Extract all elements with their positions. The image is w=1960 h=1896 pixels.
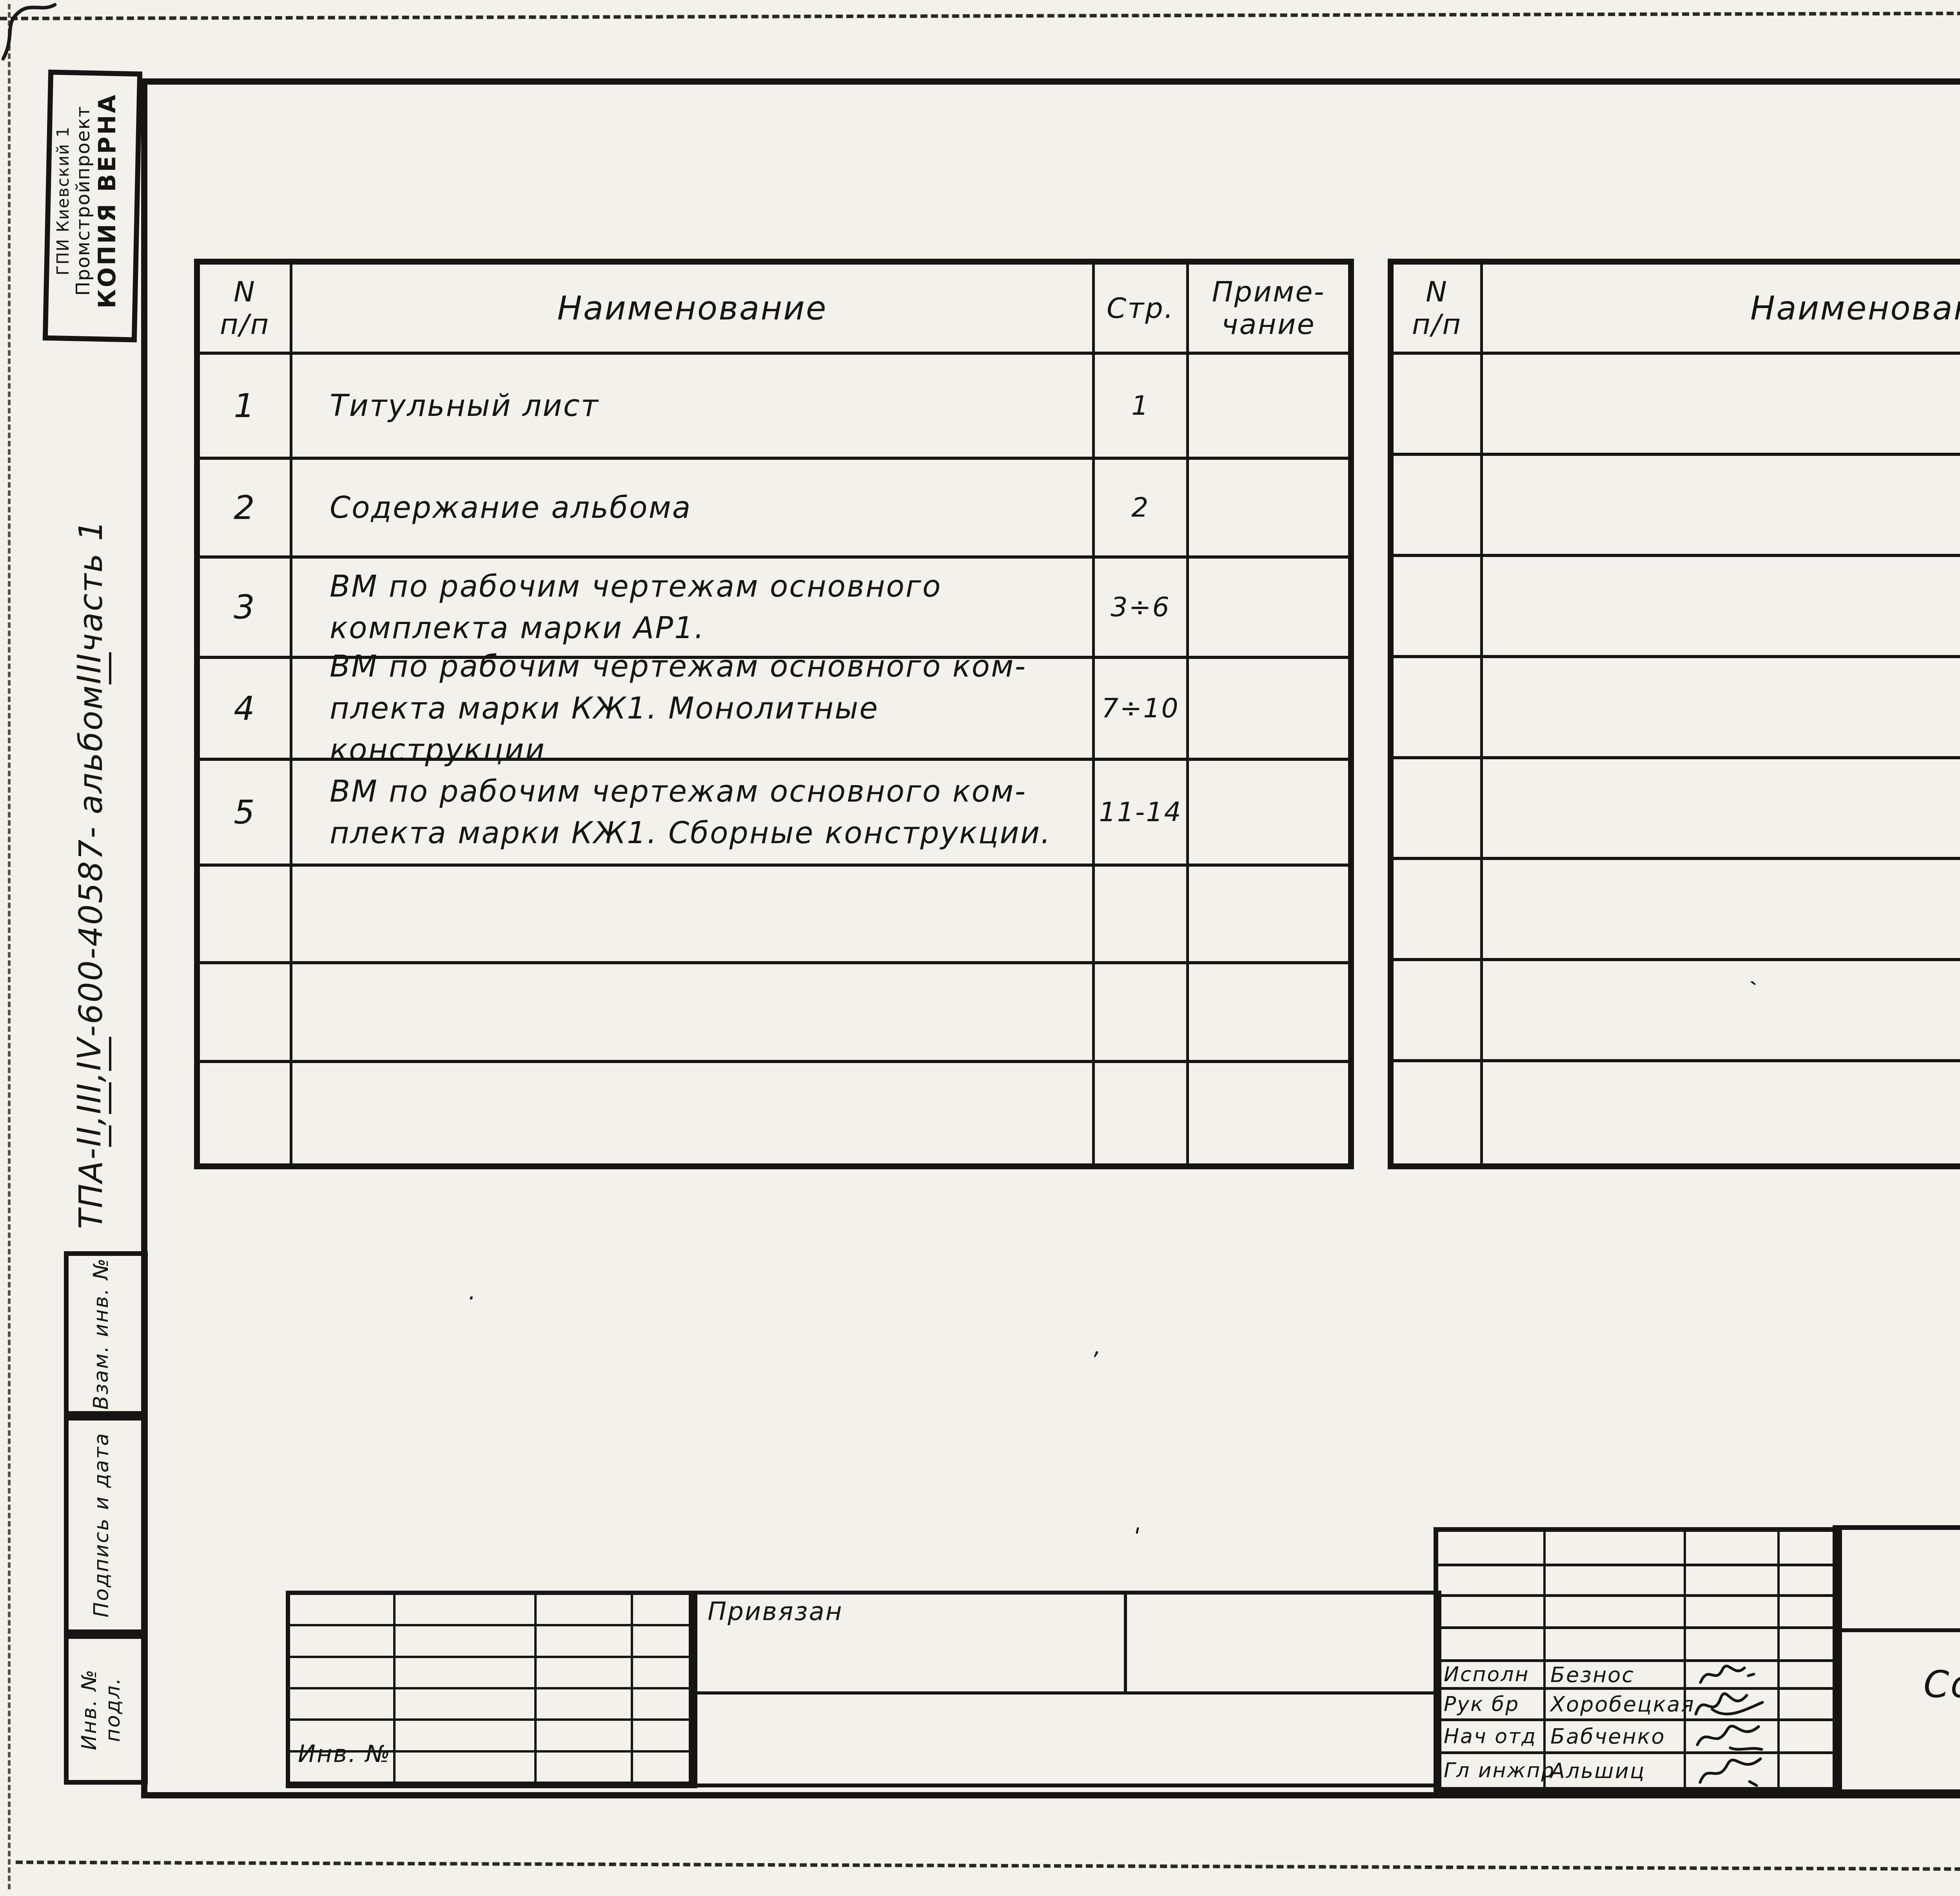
empty-cell xyxy=(1780,1690,1837,1721)
empty-cell xyxy=(1780,1754,1837,1790)
col-header-name: Наименование xyxy=(292,265,1095,355)
signature-name: Бабченко xyxy=(1546,1721,1686,1754)
empty-cell xyxy=(1189,964,1348,1063)
signature-role: Рук бр xyxy=(1438,1690,1546,1721)
empty-cell xyxy=(1546,1597,1686,1629)
gutter-label-vzam: Взам. инв. № xyxy=(78,1251,125,1416)
empty-cell xyxy=(1546,1566,1686,1597)
row-note xyxy=(1189,460,1348,559)
signature-cell xyxy=(1686,1754,1780,1790)
signature-role: Гл инжпр xyxy=(1438,1754,1546,1790)
row-name: ВМ по рабочим чертежам основного ком- пл… xyxy=(292,761,1095,867)
empty-cell xyxy=(537,1721,633,1752)
empty-cell xyxy=(292,1063,1095,1163)
empty-cell xyxy=(1394,456,1483,557)
inventory-number-label: Инв. № xyxy=(298,1740,391,1768)
empty-cell xyxy=(1095,867,1189,964)
empty-cell xyxy=(537,1753,633,1784)
sheet-title: Содержание альбома xyxy=(1837,1632,1960,1780)
empty-cell xyxy=(1189,1063,1348,1163)
stamp-org-line: ГПИ Киевский 1 xyxy=(54,126,73,276)
empty-cell xyxy=(1189,867,1348,964)
empty-cell xyxy=(1483,759,1960,860)
empty-cell xyxy=(1438,1532,1546,1566)
row-page: 2 xyxy=(1095,460,1189,559)
row-num: 2 xyxy=(200,460,292,559)
gutter-label-podpis: Подпись и дата xyxy=(78,1416,125,1634)
stray-mark: , xyxy=(1094,1333,1101,1360)
empty-cell xyxy=(1394,355,1483,456)
empty-cell xyxy=(1686,1597,1780,1629)
signature-scribble xyxy=(1695,1754,1769,1787)
row-name: Титульный лист xyxy=(292,355,1095,460)
binding-box-divider-h xyxy=(693,1691,1437,1695)
empty-cell xyxy=(1780,1597,1837,1629)
empty-cell xyxy=(1095,964,1189,1063)
scanned-drawing-sheet: 2 ГПИ Киевский 1 Промстройпроект КОПИЯ В… xyxy=(0,0,1960,1896)
row-num: 4 xyxy=(200,659,292,761)
empty-cell xyxy=(1780,1532,1837,1566)
empty-cell xyxy=(1483,1062,1960,1163)
row-num: 3 xyxy=(200,559,292,659)
signature-cell xyxy=(1686,1721,1780,1754)
empty-cell xyxy=(537,1626,633,1658)
empty-cell xyxy=(1483,860,1960,961)
empty-cell xyxy=(1394,759,1483,860)
empty-cell xyxy=(396,1595,537,1626)
empty-cell xyxy=(290,1658,396,1689)
empty-cell xyxy=(537,1658,633,1689)
col-header-num: N п/п xyxy=(1394,265,1483,355)
side-document-designation: ТПА-II,III,IV-600-40587 - альбом III час… xyxy=(65,384,116,1364)
empty-cell xyxy=(633,1626,693,1658)
empty-cell xyxy=(396,1753,537,1784)
empty-cell xyxy=(1394,961,1483,1062)
empty-cell xyxy=(1483,961,1960,1062)
row-num: 1 xyxy=(200,355,292,460)
signature-name: Хоробецкая xyxy=(1546,1690,1686,1721)
row-note xyxy=(1189,355,1348,460)
empty-cell xyxy=(1686,1532,1780,1566)
empty-cell xyxy=(1394,860,1483,961)
stray-mark: . xyxy=(468,1278,476,1305)
empty-cell xyxy=(633,1753,693,1784)
empty-cell xyxy=(633,1595,693,1626)
empty-cell xyxy=(1483,456,1960,557)
row-page: 11-14 xyxy=(1095,761,1189,867)
corner-scribble xyxy=(0,0,59,67)
empty-cell xyxy=(1438,1566,1546,1597)
binding-note: Привязан xyxy=(708,1597,843,1626)
signature-role: Нач отд xyxy=(1438,1721,1546,1754)
empty-cell xyxy=(200,964,292,1063)
empty-cell xyxy=(1483,355,1960,456)
empty-cell xyxy=(292,867,1095,964)
empty-cell xyxy=(1546,1532,1686,1566)
signature-scribble xyxy=(1697,1661,1767,1688)
torn-edge-bottom xyxy=(16,1860,1960,1873)
empty-cell xyxy=(1438,1629,1546,1662)
empty-cell xyxy=(396,1721,537,1752)
empty-cell xyxy=(290,1689,396,1721)
title-block: ТПА-II,III,IV-600-40587 Содержание альбо… xyxy=(1833,1525,1960,1794)
stamp-org-line2: Промстройпроект xyxy=(73,105,94,296)
gutter-label-inv: Инв. № подл. xyxy=(78,1634,125,1785)
signature-scribble xyxy=(1693,1687,1771,1722)
row-page: 3÷6 xyxy=(1095,559,1189,659)
col-header-name: Наименование xyxy=(1483,265,1960,355)
col-header-page: Стр. xyxy=(1095,265,1189,355)
empty-cell xyxy=(200,867,292,964)
copy-stamp: ГПИ Киевский 1 Промстройпроект КОПИЯ ВЕР… xyxy=(45,71,129,331)
signature-role: Исполн xyxy=(1438,1662,1546,1690)
empty-cell xyxy=(537,1689,633,1721)
empty-cell xyxy=(1780,1566,1837,1597)
signature-cell xyxy=(1686,1690,1780,1721)
empty-cell xyxy=(1483,557,1960,658)
empty-cell xyxy=(1780,1629,1837,1662)
torn-edge-left xyxy=(8,4,11,1889)
document-designation: ТПА-II,III,IV-600-40587 xyxy=(1837,1530,1960,1632)
empty-cell xyxy=(1095,1063,1189,1163)
empty-cell xyxy=(200,1063,292,1163)
empty-cell xyxy=(1394,1062,1483,1163)
row-name: ВМ по рабочим чертежам основного ком- пл… xyxy=(292,659,1095,761)
row-note xyxy=(1189,559,1348,659)
empty-cell xyxy=(290,1626,396,1658)
col-header-note: Приме- чание xyxy=(1189,265,1348,355)
contents-table-right: N п/п Наименование Стр Приме- чание xyxy=(1388,259,1960,1169)
empty-cell xyxy=(1438,1597,1546,1629)
empty-cell xyxy=(396,1689,537,1721)
empty-cell xyxy=(292,964,1095,1063)
empty-cell xyxy=(396,1626,537,1658)
binding-box-divider-v xyxy=(1124,1595,1127,1691)
row-note xyxy=(1189,761,1348,867)
empty-cell xyxy=(1394,557,1483,658)
signature-block: Исполн Безнос Рук бр Хоробецкая Нач отд … xyxy=(1434,1527,1842,1794)
row-name: ВМ по рабочим чертежам основного комплек… xyxy=(292,559,1095,659)
empty-cell xyxy=(396,1658,537,1689)
empty-cell xyxy=(633,1721,693,1752)
empty-cell xyxy=(290,1595,396,1626)
empty-cell xyxy=(537,1595,633,1626)
col-header-num: N п/п xyxy=(200,265,292,355)
empty-cell xyxy=(1686,1629,1780,1662)
signature-scribble xyxy=(1693,1719,1771,1754)
empty-cell xyxy=(633,1689,693,1721)
row-num: 5 xyxy=(200,761,292,867)
empty-cell xyxy=(633,1658,693,1689)
row-note xyxy=(1189,659,1348,761)
stamp-copy-verna: КОПИЯ ВЕРНА xyxy=(94,93,121,308)
row-page: 1 xyxy=(1095,355,1189,460)
row-page: 7÷10 xyxy=(1095,659,1189,761)
row-name: Содержание альбома xyxy=(292,460,1095,559)
empty-cell xyxy=(1483,658,1960,759)
torn-edge-top xyxy=(0,10,1960,20)
empty-cell xyxy=(1394,658,1483,759)
signature-name: Альшиц xyxy=(1546,1754,1686,1790)
signature-cell xyxy=(1686,1662,1780,1690)
signature-name: Безнос xyxy=(1546,1662,1686,1690)
contents-table-left: N п/п Наименование Стр. Приме- чание 1 Т… xyxy=(194,259,1354,1169)
empty-cell xyxy=(1546,1629,1686,1662)
empty-cell xyxy=(1686,1566,1780,1597)
empty-cell xyxy=(1780,1721,1837,1754)
empty-cell xyxy=(1780,1662,1837,1690)
